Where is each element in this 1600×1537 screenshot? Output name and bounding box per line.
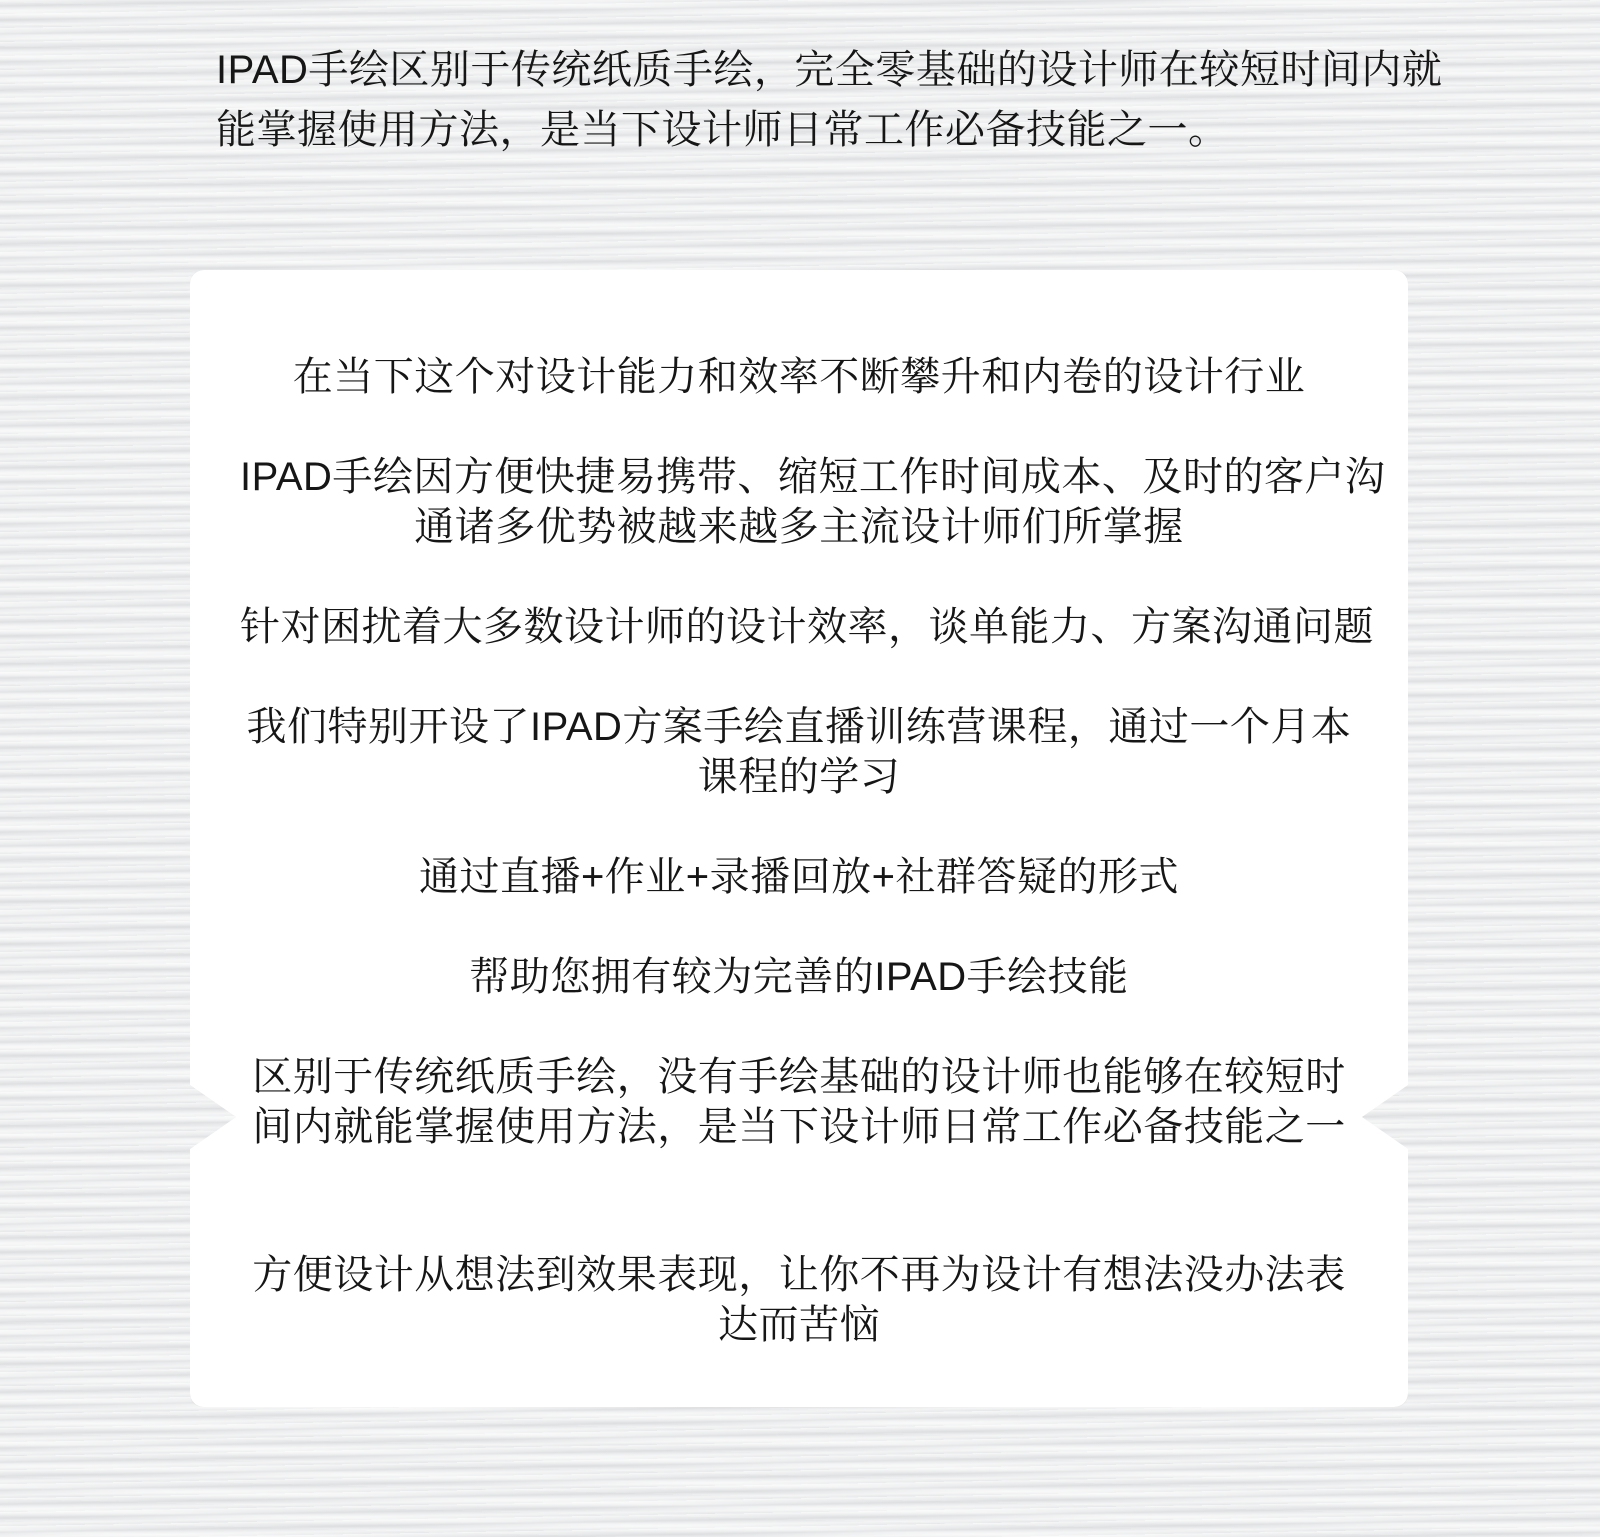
card-paragraph-course: 我们特别开设了IPAD方案手绘直播训练营课程，通过一个月本 课程的学习	[240, 702, 1358, 802]
card-paragraph-benefit: 方便设计从想法到效果表现，让你不再为设计有想法没办法表 达而苦恼	[240, 1250, 1358, 1350]
poster-page: IPAD手绘区别于传统纸质手绘，完全零基础的设计师在较短时间内就 能掌握使用方法…	[0, 0, 1600, 1537]
intro-text: IPAD手绘区别于传统纸质手绘，完全零基础的设计师在较短时间内就 能掌握使用方法…	[216, 40, 1442, 160]
card-paragraph-difference: 区别于传统纸质手绘，没有手绘基础的设计师也能够在较短时 间内就能掌握使用方法，是…	[240, 1052, 1358, 1152]
card-paragraph-advantages: IPAD手绘因方便快捷易携带、缩短工作时间成本、及时的客户沟 通诸多优势被越来越…	[240, 452, 1358, 552]
card-paragraph-industry: 在当下这个对设计能力和效率不断攀升和内卷的设计行业	[240, 352, 1358, 402]
card-paragraph-format: 通过直播+作业+录播回放+社群答疑的形式	[240, 852, 1358, 902]
card-paragraph-problems: 针对困扰着大多数设计师的设计效率，谈单能力、方案沟通问题	[240, 602, 1358, 652]
card-paragraph-goal: 帮助您拥有较为完善的IPAD手绘技能	[240, 952, 1358, 1002]
content-card: 在当下这个对设计能力和效率不断攀升和内卷的设计行业 IPAD手绘因方便快捷易携带…	[190, 270, 1408, 1407]
